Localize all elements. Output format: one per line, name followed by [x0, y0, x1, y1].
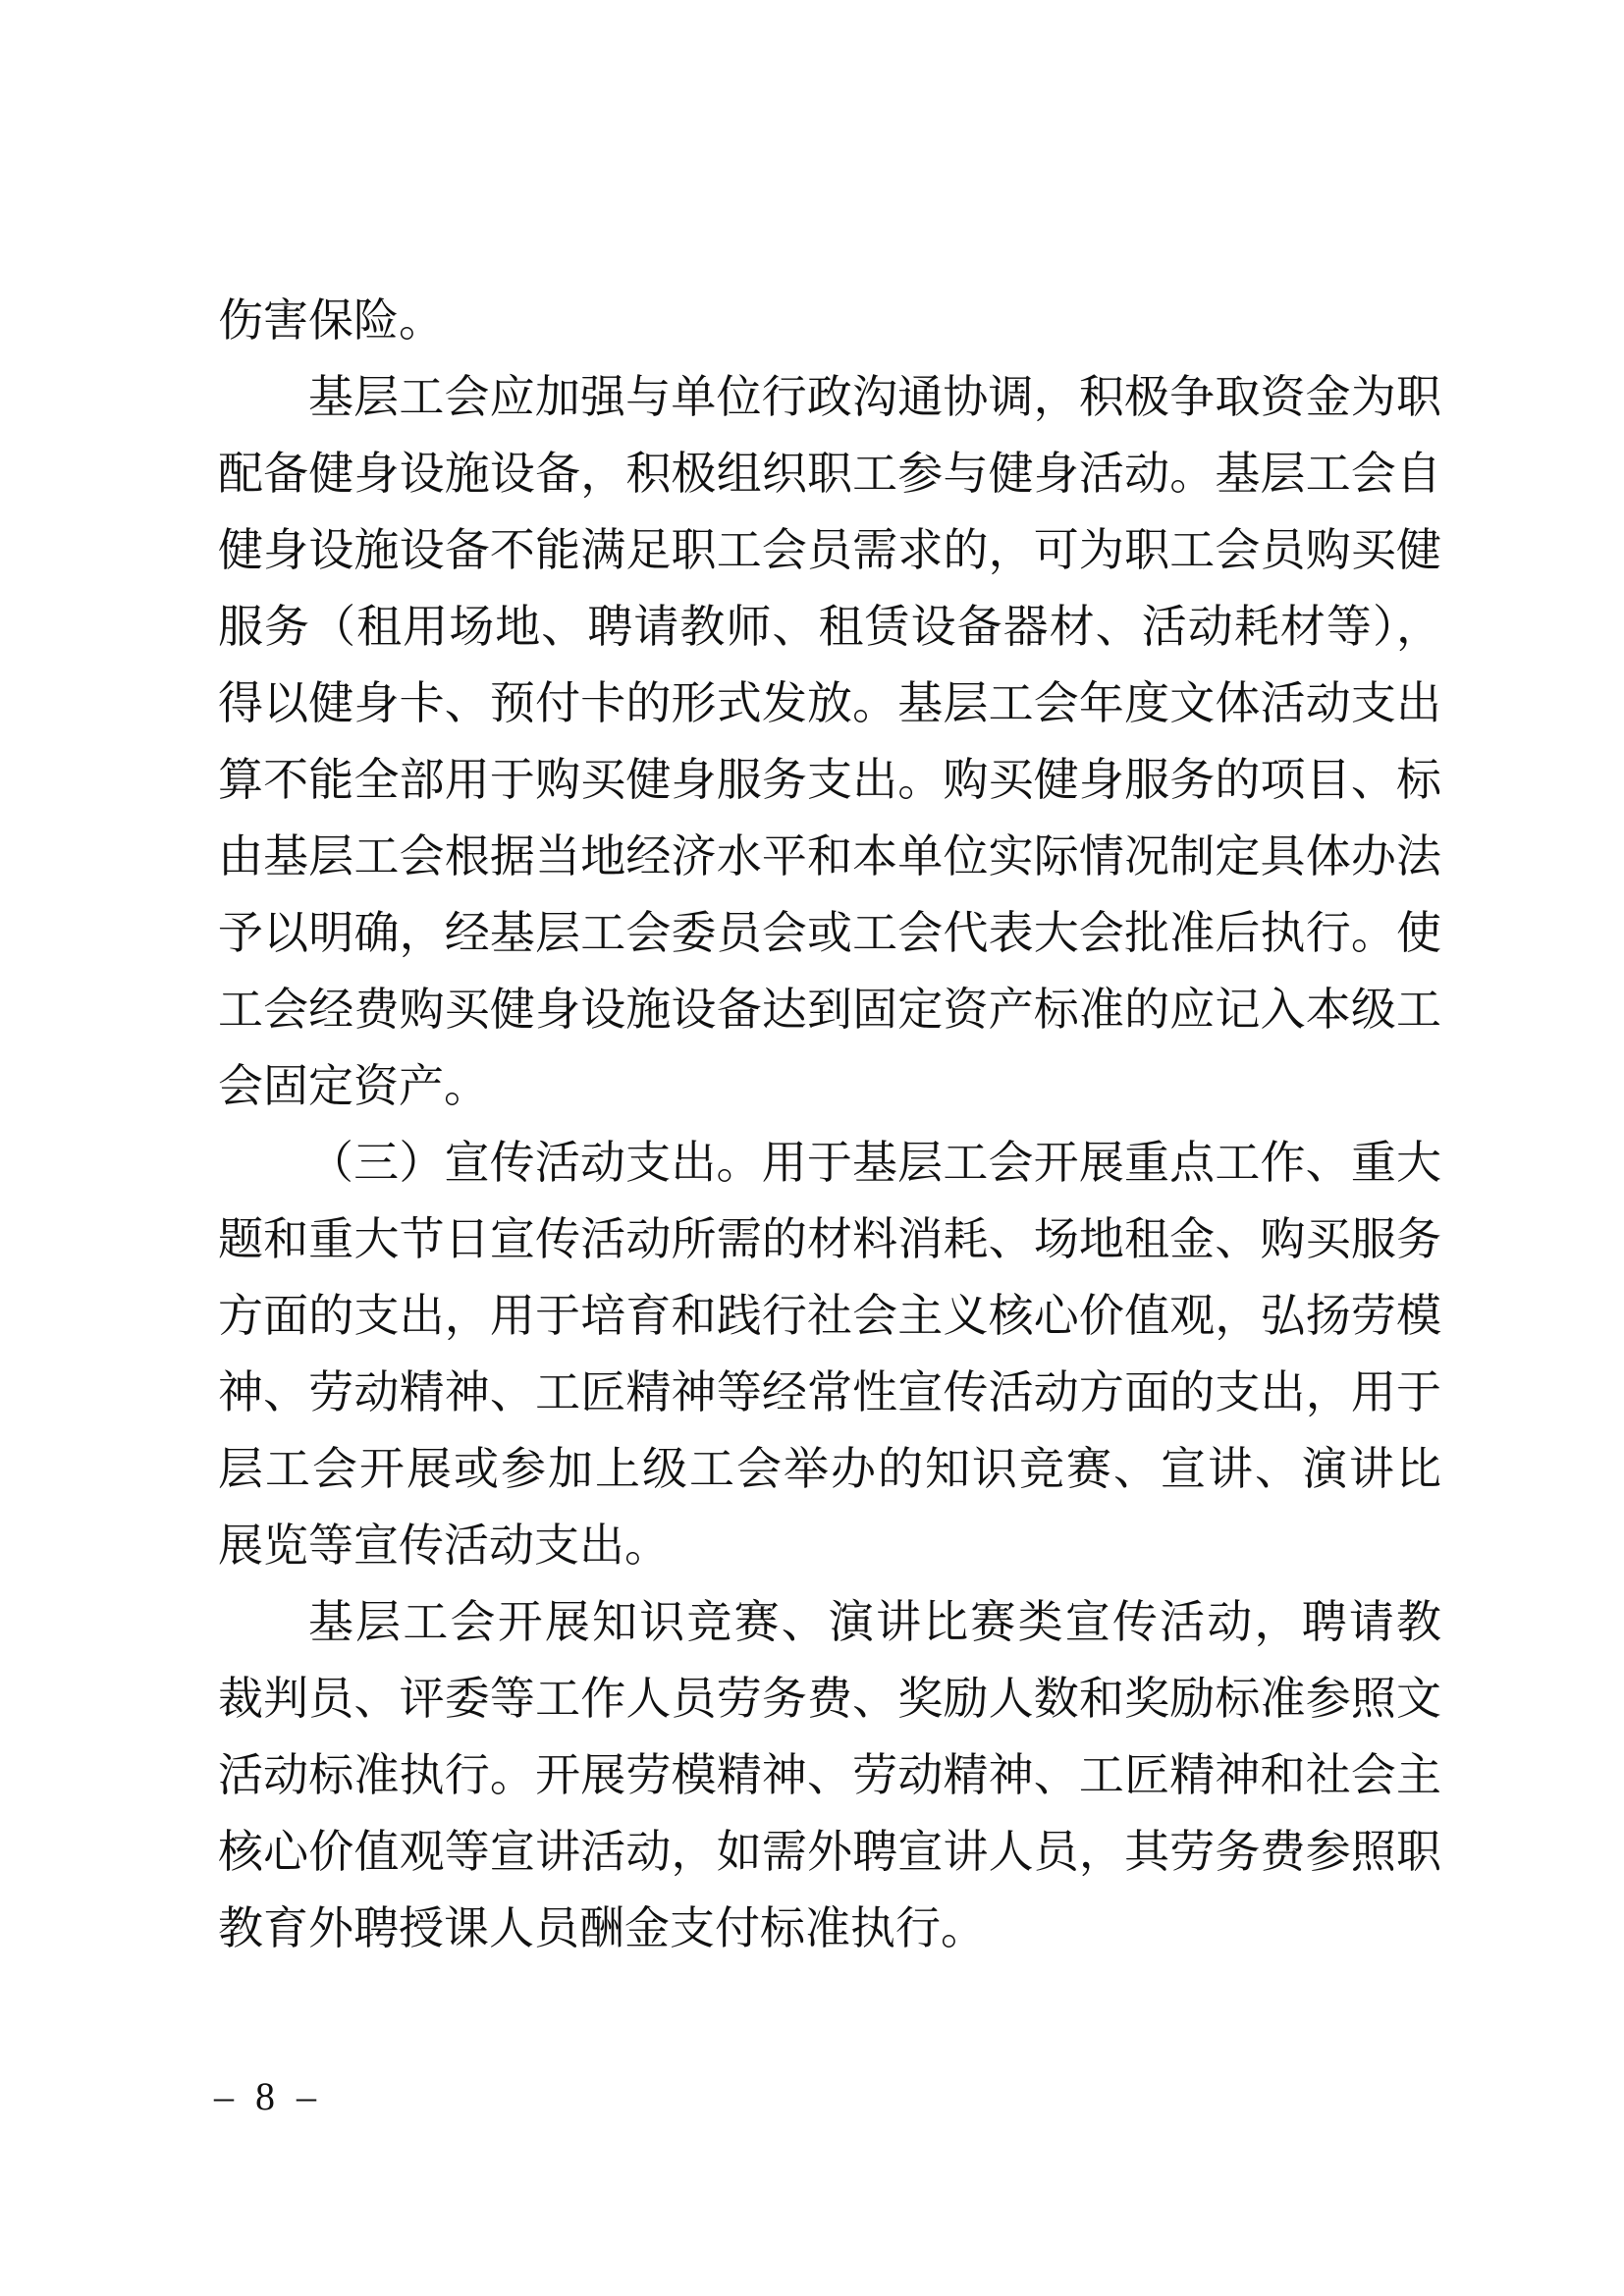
text-line: 配备健身设施设备，积极组织职工参与健身活动。基层工会自身	[218, 436, 1441, 512]
text-line: 神、劳动精神、工匠精神等经常性宣传活动方面的支出，用于基	[218, 1355, 1441, 1431]
text-line: 得以健身卡、预付卡的形式发放。基层工会年度文体活动支出预	[218, 666, 1441, 742]
text-line: （三）宣传活动支出。用于基层工会开展重点工作、重大主	[218, 1125, 1441, 1201]
text-line: 层工会开展或参加上级工会举办的知识竞赛、宣讲、演讲比赛、	[218, 1431, 1441, 1508]
text-line: 核心价值观等宣讲活动，如需外聘宣讲人员，其劳务费参照职工	[218, 1814, 1441, 1891]
paragraph: 伤害保险。	[218, 283, 1441, 359]
text-line: 基层工会应加强与单位行政沟通协调，积极争取资金为职工	[218, 359, 1441, 436]
text-line: 服务（租用场地、聘请教师、租赁设备器材、活动耗材等），不	[218, 589, 1441, 666]
text-line: 活动标准执行。开展劳模精神、劳动精神、工匠精神和社会主义	[218, 1737, 1441, 1814]
text-line: 健身设施设备不能满足职工会员需求的，可为职工会员购买健身	[218, 512, 1441, 589]
text-line: 裁判员、评委等工作人员劳务费、奖励人数和奖励标准参照文体	[218, 1661, 1441, 1737]
document-page: 伤害保险。 基层工会应加强与单位行政沟通协调，积极争取资金为职工 配备健身设施设…	[0, 0, 1624, 2296]
text-line: 由基层工会根据当地经济水平和本单位实际情况制定具体办法	[218, 819, 1441, 895]
paragraph: 基层工会应加强与单位行政沟通协调，积极争取资金为职工 配备健身设施设备，积极组织…	[218, 359, 1441, 1125]
text-line: 会固定资产。	[218, 1048, 1441, 1125]
text-line: 伤害保险。	[218, 283, 1441, 359]
document-body: 伤害保险。 基层工会应加强与单位行政沟通协调，积极争取资金为职工 配备健身设施设…	[218, 283, 1441, 1967]
text-line: 予以明确，经基层工会委员会或工会代表大会批准后执行。使用	[218, 895, 1441, 972]
text-line: 方面的支出，用于培育和践行社会主义核心价值观，弘扬劳模精	[218, 1278, 1441, 1355]
paragraph: 基层工会开展知识竞赛、演讲比赛类宣传活动，聘请教练、 裁判员、评委等工作人员劳务…	[218, 1584, 1441, 1967]
page-number: – 8 –	[214, 2073, 322, 2120]
text-line: 工会经费购买健身设施设备达到固定资产标准的应记入本级工	[218, 972, 1441, 1048]
text-line: 题和重大节日宣传活动所需的材料消耗、场地租金、购买服务等	[218, 1201, 1441, 1278]
text-line: 教育外聘授课人员酬金支付标准执行。	[218, 1891, 1441, 1967]
paragraph: （三）宣传活动支出。用于基层工会开展重点工作、重大主 题和重大节日宣传活动所需的…	[218, 1125, 1441, 1584]
text-line: 展览等宣传活动支出。	[218, 1508, 1441, 1584]
text-line: 算不能全部用于购买健身服务支出。购买健身服务的项目、标准	[218, 742, 1441, 819]
text-line: 基层工会开展知识竞赛、演讲比赛类宣传活动，聘请教练、	[218, 1584, 1441, 1661]
